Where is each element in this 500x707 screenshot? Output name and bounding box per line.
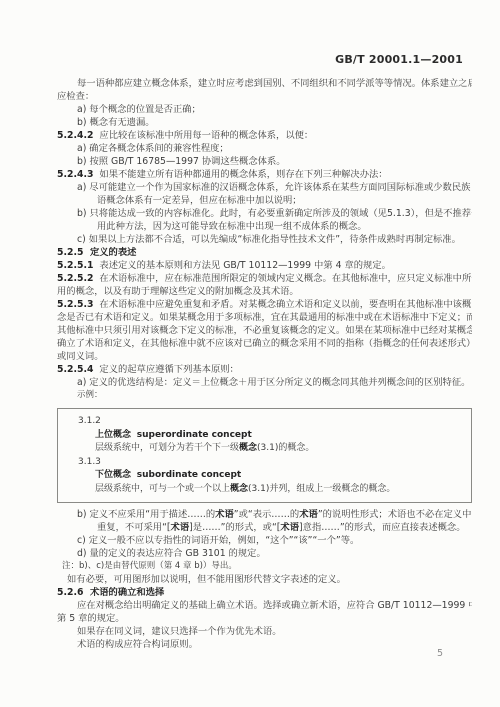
text-line: 语概念体系有一定差异，但应在标准中加以说明； (57, 194, 472, 207)
text-line: 5.2.4.3 如果不能建立所有语种都通用的概念体系，则存在下列三种解决办法： (57, 168, 472, 181)
text-line: 5.2.5 定义的表述 (57, 246, 472, 259)
text-line: 术语的构成应符合构词原则。 (57, 638, 472, 651)
text-line: 5.2.5.2 在术语标准中，应在标准范围所限定的领域内定义概念。在其他标准中，… (57, 272, 472, 285)
text-line: c) 定义一般不应以专指性的词语开始，例如，“这个”“该”“一个”等。 (57, 534, 472, 547)
text-line: 每一语种都应建立概念体系，建立时应考虑到国别、不同组织和不同学派等等情况。体系建… (57, 77, 472, 90)
text-line: b) 按照 GB/T 16785—1997 协调这些概念体系。 (57, 155, 472, 168)
text-line: a) 尽可能建立一个作为国家标准的汉语概念体系，允许该体系在某些方面同国际标准或… (57, 181, 472, 194)
text-line: 3.1.2 (58, 415, 467, 429)
text-line: 5.2.5.4 定义的起草应遵循下列基本原则： (57, 363, 472, 376)
text-line: 用此种方法，因为这可能导致在标准中出现一组不成体系的概念。 (57, 220, 472, 233)
text-line: 重复，不可采用“[术语]是……”的形式，或“[术语]意指……”的形式，而应直接表… (57, 521, 472, 534)
page-number: 5 (437, 648, 443, 659)
text-line: b) 定义不应采用“用于描述……的术语”或“表示……的术语”的说明性形式；术语也… (57, 508, 472, 521)
text-line: 示例： (57, 389, 472, 402)
text-line: 层级系统中，可与一个或一个以上概念(3.1)并列，组成上一级概念的概念。 (58, 483, 467, 497)
document-page: GB/T 20001.1—2001 每一语种都应建立概念体系，建立时应考虑到国别… (0, 0, 500, 707)
text-line: 确立了术语和定义，在其他标准中就不应该对已确立的概念采用不同的指称（指概念的任何… (57, 337, 472, 350)
text-line: b) 只将能达成一致的内容标准化。此时，有必要重新确定所涉及的领域（见5.1.3… (57, 207, 472, 220)
text-line: 5.2.5.3 在术语标准中应避免重复和矛盾。对某概念确立术语和定义以前，要查明… (57, 298, 472, 311)
text-line: 注：b)、c)是由替代原则（第 4 章 b)）导出。 (57, 560, 472, 573)
text-line: 应在对概念给出明确定义的基础上确立术语。选择或确立新术语，应符合 GB/T 10… (57, 599, 472, 612)
text-line: 5.2.5.1 表述定义的基本原则和方法见 GB/T 10112—1999 中第… (57, 259, 472, 272)
example-box: 3.1.2上位概念 superordinate concept层级系统中，可划分… (57, 408, 472, 503)
text-line: a) 定义的优选结构是：定义＝上位概念＋用于区分所定义的概念同其他并列概念间的区… (57, 376, 472, 389)
text-line: 其他标准中只须引用对该概念下定义的标准，不必重复该概念的定义。如果在某项标准中已… (57, 324, 472, 337)
text-line: 用的概念，以及有助于理解这些定义的附加概念及其术语。 (57, 285, 472, 298)
text-line: d) 量的定义的表达应符合 GB 3101 的规定。 (57, 547, 472, 560)
content: 每一语种都应建立概念体系，建立时应考虑到国别、不同组织和不同学派等等情况。体系建… (57, 77, 472, 651)
text-line: 上位概念 superordinate concept (58, 429, 467, 443)
text-line: 5.2.4.2 应比较在该标准中所用每一语种的概念体系，以便： (57, 129, 472, 142)
text-line: 如果存在同义词，建议只选择一个作为优先术语。 (57, 625, 472, 638)
text-line: 或同义词。 (57, 350, 472, 363)
text-line: 3.1.3 (58, 456, 467, 470)
text-line: a) 每个概念的位置是否正确； (57, 103, 472, 116)
text-line: 层级系统中，可划分为若干个下一级概念(3.1)的概念。 (58, 442, 467, 456)
doc-number: GB/T 20001.1—2001 (335, 53, 463, 66)
text-line: 下位概念 subordinate concept (58, 469, 467, 483)
text-line: 念是否已有术语和定义。如果某概念用于多项标准，宜在其最通用的标准中或在术语标准中… (57, 311, 472, 324)
text-line: a) 确定各概念体系间的兼容性程度； (57, 142, 472, 155)
text-line: 5.2.6 术语的确立和选择 (57, 586, 472, 599)
text-line: 应检查： (57, 90, 472, 103)
text-line: 如有必要，可用图形加以说明，但不能用图形代替文字表述的定义。 (57, 573, 472, 586)
text-line: 第 5 章的规定。 (57, 612, 472, 625)
text-line: b) 概念有无遗漏。 (57, 116, 472, 129)
text-line: c) 如果以上方法都不合适，可以先编成“标准化指导性技术文件”，待条件成熟时再制… (57, 233, 472, 246)
